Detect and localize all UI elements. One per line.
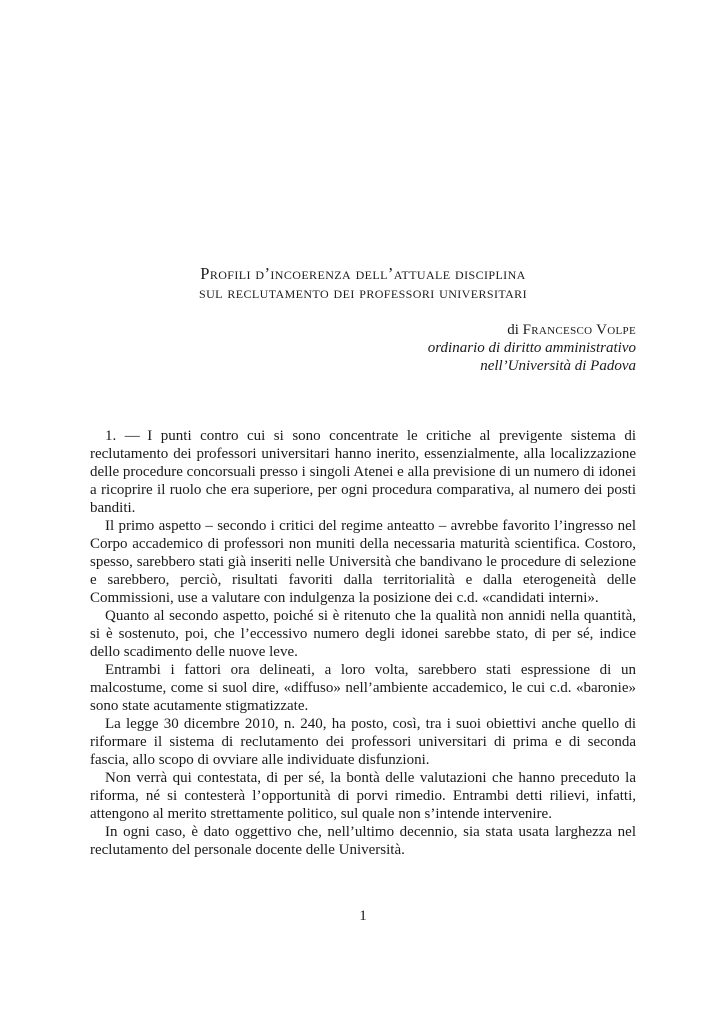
paragraph-1: 1. — I punti contro cui si sono concentr… bbox=[90, 427, 636, 517]
paragraph-7: In ogni caso, è dato oggettivo che, nell… bbox=[90, 823, 636, 859]
page-number: 1 bbox=[90, 907, 636, 925]
article-title: Profili d’incoerenza dell’attuale discip… bbox=[90, 264, 636, 302]
byline-author-line: di Francesco Volpe bbox=[90, 321, 636, 339]
article-title-line1: Profili d’incoerenza dell’attuale discip… bbox=[90, 264, 636, 283]
paragraph-4: Entrambi i fattori ora delineati, a loro… bbox=[90, 661, 636, 715]
author-affiliation-line1: ordinario di diritto amministrativo bbox=[90, 339, 636, 357]
article-body: 1. — I punti contro cui si sono concentr… bbox=[90, 427, 636, 859]
paragraph-5: La legge 30 dicembre 2010, n. 240, ha po… bbox=[90, 715, 636, 769]
author-affiliation-line2: nell’Università di Padova bbox=[90, 357, 636, 375]
byline: di Francesco Volpe ordinario di diritto … bbox=[90, 321, 636, 375]
paragraph-6: Non verrà qui contestata, di per sé, la … bbox=[90, 769, 636, 823]
paragraph-3: Quanto al secondo aspetto, poiché si è r… bbox=[90, 607, 636, 661]
byline-prefix: di bbox=[507, 322, 519, 338]
article-title-line2: sul reclutamento dei professori universi… bbox=[90, 283, 636, 302]
paragraph-2: Il primo aspetto – secondo i critici del… bbox=[90, 517, 636, 607]
author-name: Francesco Volpe bbox=[523, 322, 636, 338]
document-page: Profili d’incoerenza dell’attuale discip… bbox=[0, 0, 725, 1024]
